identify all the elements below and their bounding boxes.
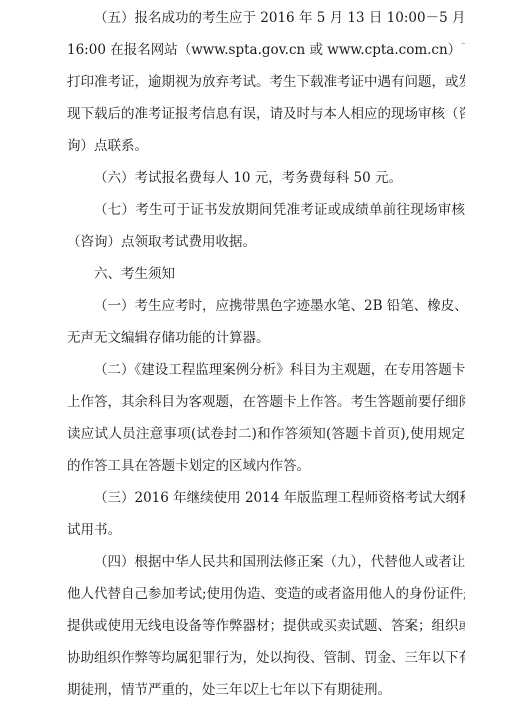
paragraph-line: 试用书。 [67, 518, 465, 550]
document-page: （五）报名成功的考生应于 2016 年 5 月 13 日 10:00－5 月 1… [67, 6, 465, 707]
paragraph-line: 读应试人员注意事项(试卷封二)和作答须知(答题卡首页),使用规定 [67, 422, 465, 454]
paragraph-line: （四）根据中华人民共和国刑法修正案（九），代替他人或者让 [67, 550, 465, 582]
paragraph-line: 现下载后的准考证报考信息有误，请及时与本人相应的现场审核（咨 [67, 102, 465, 134]
paragraph-line: 的作答工具在答题卡划定的区域内作答。 [67, 454, 465, 486]
paragraph-line: 询）点联系。 [67, 134, 465, 166]
paragraph-line: （三）2016 年继续使用 2014 年版监理工程师资格考试大纲和考 [67, 486, 465, 518]
paragraph-line: 提供或使用无线电设备等作弊器材；提供或买卖试题、答案；组织或 [67, 614, 465, 646]
paragraph-line: 上作答，其余科目为客观题，在答题卡上作答。考生答题前要仔细阅 [67, 390, 465, 422]
paragraph-line: （七）考生可于证书发放期间凭准考证或成绩单前往现场审核 [67, 198, 465, 230]
paragraph-line: （二）《建设工程监理案例分析》科目为主观题，在专用答题卡 [67, 358, 465, 390]
section-heading: 六、考生须知 [67, 262, 465, 294]
page-number: 7 [0, 683, 512, 693]
paragraph-line: 打印准考证，逾期视为放弃考试。考生下载准考证中遇有问题，或发 [67, 70, 465, 102]
paragraph-line: 协助组织作弊等均属犯罪行为，处以拘役、管制、罚金、三年以下有 [67, 646, 465, 678]
paragraph-line: （咨询）点领取考试费用收据。 [67, 230, 465, 262]
paragraph-line: 16:00 在报名网站（www.spta.gov.cn 或 www.cpta.c… [67, 38, 465, 70]
paragraph-line: （一）考生应考时，应携带黑色字迹墨水笔、2B 铅笔、橡皮、 [67, 294, 465, 326]
paragraph-line: （五）报名成功的考生应于 2016 年 5 月 13 日 10:00－5 月 1… [67, 6, 465, 38]
paragraph-line: 无声无文编辑存储功能的计算器。 [67, 326, 465, 358]
paragraph-line: 他人代替自己参加考试;使用伪造、变造的或者盗用他人的身份证件; [67, 582, 465, 614]
paragraph-line: （六）考试报名费每人 10 元，考务费每科 50 元。 [67, 166, 465, 198]
